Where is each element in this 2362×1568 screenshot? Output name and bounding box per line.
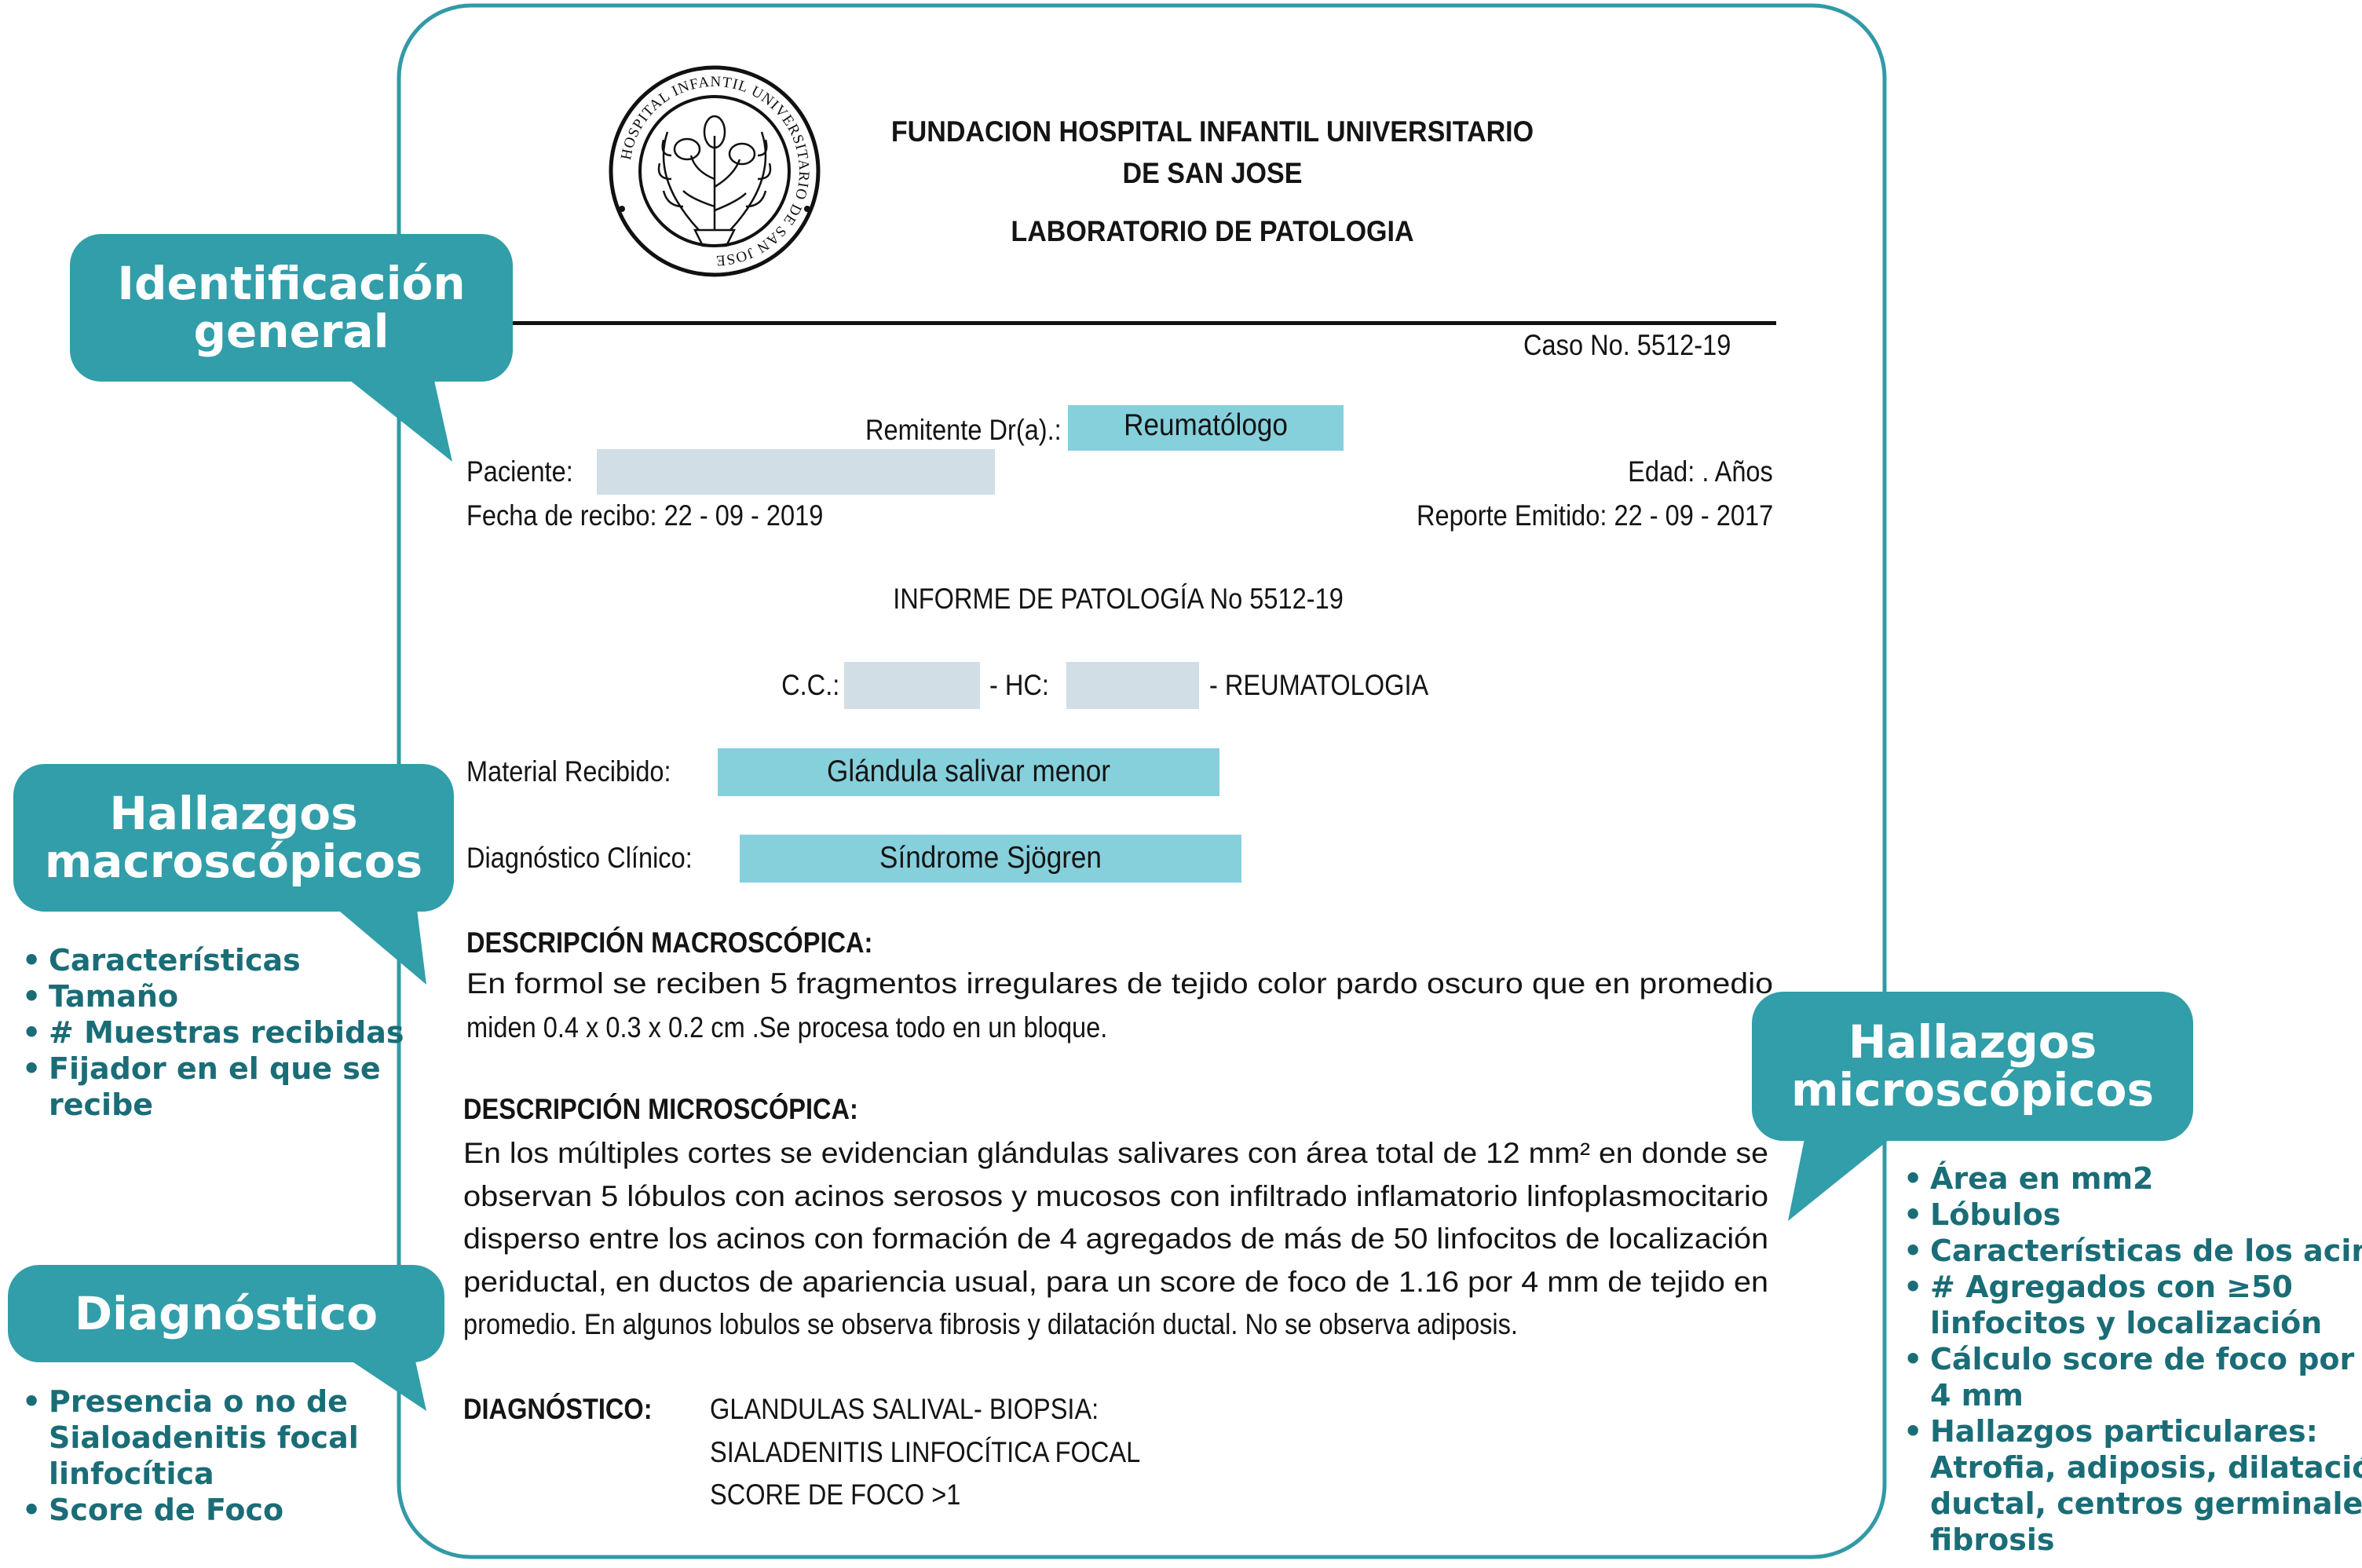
macro-findings-list: CaracterísticasTamaño# Muestras recibida…	[22, 942, 404, 1123]
bullet-item: Fijador en el que se	[22, 1051, 404, 1087]
bullet-item-continuation: recibe	[22, 1087, 404, 1123]
bullet-item: # Agregados con ≥50	[1903, 1269, 2362, 1305]
bullet-item: Características	[22, 942, 404, 978]
bullet-item-continuation: Atrofia, adiposis, dilatación	[1903, 1449, 2362, 1486]
callout-title-line: Hallazgos	[109, 790, 357, 838]
callout-hallazgos-macroscopicos: Hallazgos macroscópicos	[13, 764, 454, 912]
callout-title-line: Diagnóstico	[75, 1290, 378, 1338]
bullet-item-continuation: linfocitos y localización	[1903, 1305, 2362, 1341]
callout-title-line: macroscópicos	[45, 838, 422, 886]
bullet-item-continuation: Sialoadenitis focal	[22, 1420, 359, 1456]
bullet-item-continuation: fibrosis	[1903, 1522, 2362, 1558]
bullet-item-continuation: linfocítica	[22, 1456, 359, 1492]
diagnosis-findings-list: Presencia o no deSialoadenitis focallinf…	[22, 1383, 359, 1528]
bullet-item: Lóbulos	[1903, 1197, 2362, 1233]
bullet-item: Cálculo score de foco por	[1903, 1341, 2362, 1377]
bullet-item: Hallazgos particulares:	[1903, 1413, 2362, 1449]
bullet-item: # Muestras recibidas	[22, 1014, 404, 1051]
bullet-item: Características de los acinos	[1903, 1233, 2362, 1269]
bullet-item: Presencia o no de	[22, 1383, 359, 1420]
callout-hallazgos-microscopicos: Hallazgos microscópicos	[1752, 992, 2193, 1141]
callout-title-line: Hallazgos	[1848, 1018, 2097, 1066]
bullet-item-continuation: ductal, centros germinales,	[1903, 1486, 2362, 1522]
callout-title-line: microscópicos	[1791, 1066, 2154, 1114]
micro-findings-list: Área en mm2LóbulosCaracterísticas de los…	[1903, 1160, 2362, 1558]
callout-title-line: Identificación	[117, 260, 465, 308]
callout-title-line: general	[193, 308, 389, 356]
bullet-item: Área en mm2	[1903, 1160, 2362, 1197]
callout-identificacion-general: Identificación general	[70, 234, 513, 382]
bullet-item: Tamaño	[22, 978, 404, 1014]
bullet-item: Score de Foco	[22, 1492, 359, 1528]
callout-diagnostico: Diagnóstico	[8, 1265, 444, 1362]
bullet-item-continuation: 4 mm	[1903, 1377, 2362, 1413]
